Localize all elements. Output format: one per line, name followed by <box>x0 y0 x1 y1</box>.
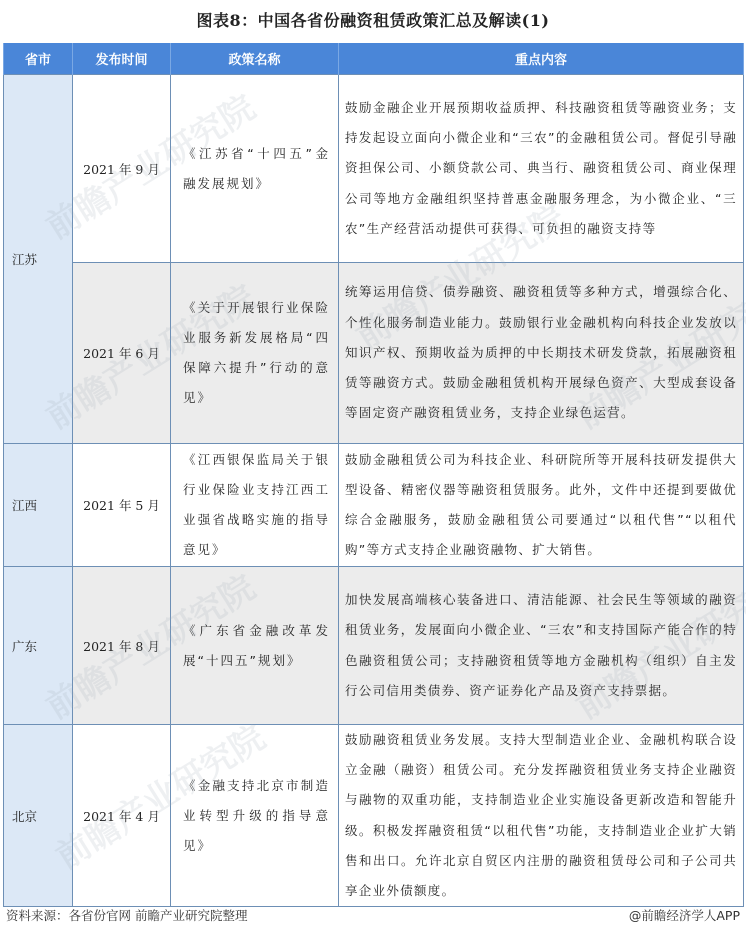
date-cell: 2021 年 6 月 <box>73 263 171 444</box>
date-cell: 2021 年 9 月 <box>73 75 171 263</box>
content-cell: 鼓励金融企业开展预期收益质押、科技融资租赁等融资业务；支持发起设立面向小微企业和… <box>339 75 744 263</box>
date-cell: 2021 年 8 月 <box>73 567 171 725</box>
content-cell: 鼓励融资租赁业务发展。支持大型制造业企业、金融机构联合设立金融（融资）租赁公司。… <box>339 725 744 907</box>
date-cell: 2021 年 5 月 <box>73 444 171 567</box>
content-cell: 统筹运用信贷、债券融资、融资租赁等多种方式，增强综合化、个性化服务制造业能力。鼓… <box>339 263 744 444</box>
policy-table: 省市 发布时间 政策名称 重点内容 江苏 2021 年 9 月 《江苏省“十四五… <box>3 43 744 907</box>
credit-note: @前瞻经济学人APP <box>629 906 740 924</box>
policy-name-cell: 《关于开展银行业保险业服务新发展格局“四保障六提升”行动的意见》 <box>171 263 339 444</box>
figure-title: 图表8：中国各省份融资租赁政策汇总及解读(1) <box>0 8 746 31</box>
table-row: 江苏 2021 年 9 月 《江苏省“十四五”金融发展规划》 鼓励金融企业开展预… <box>4 75 744 263</box>
header-key-content: 重点内容 <box>339 43 744 75</box>
table-row: 2021 年 6 月 《关于开展银行业保险业服务新发展格局“四保障六提升”行动的… <box>4 263 744 444</box>
province-cell: 广东 <box>4 567 73 725</box>
source-note: 资料来源：各省份官网 前瞻产业研究院整理 <box>6 906 247 924</box>
date-cell: 2021 年 4 月 <box>73 725 171 907</box>
table-row: 江西 2021 年 5 月 《江西银保监局关于银行业保险业支持江西工业强省战略实… <box>4 444 744 567</box>
header-date: 发布时间 <box>73 43 171 75</box>
content-cell: 鼓励金融租赁公司为科技企业、科研院所等开展科技研发提供大型设备、精密仪器等融资租… <box>339 444 744 567</box>
table-header-row: 省市 发布时间 政策名称 重点内容 <box>4 43 744 75</box>
policy-name-cell: 《广东省金融改革发展“十四五”规划》 <box>171 567 339 725</box>
header-policy-name: 政策名称 <box>171 43 339 75</box>
policy-name-cell: 《江西银保监局关于银行业保险业支持江西工业强省战略实施的指导意见》 <box>171 444 339 567</box>
content-cell: 加快发展高端核心装备进口、清洁能源、社会民生等领域的融资租赁业务，发展面向小微企… <box>339 567 744 725</box>
province-cell: 北京 <box>4 725 73 907</box>
policy-name-cell: 《金融支持北京市制造业转型升级的指导意见》 <box>171 725 339 907</box>
header-province: 省市 <box>4 43 73 75</box>
table-row: 北京 2021 年 4 月 《金融支持北京市制造业转型升级的指导意见》 鼓励融资… <box>4 725 744 907</box>
policy-name-cell: 《江苏省“十四五”金融发展规划》 <box>171 75 339 263</box>
table-row: 广东 2021 年 8 月 《广东省金融改革发展“十四五”规划》 加快发展高端核… <box>4 567 744 725</box>
province-cell: 江苏 <box>4 75 73 444</box>
province-cell: 江西 <box>4 444 73 567</box>
